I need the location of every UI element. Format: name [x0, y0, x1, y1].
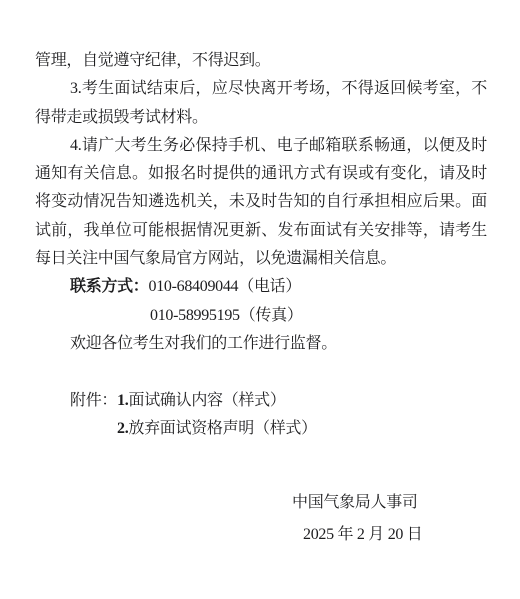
paragraph-2-last-line: 管理，自觉遵守纪律，不得迟到。	[35, 47, 487, 75]
supervision-line: 欢迎各位考生对我们的工作进行监督。	[35, 330, 487, 358]
attachment-2-title: 放弃面试资格声明（样式）	[128, 420, 316, 437]
paragraph-3-line-1: 3.考生面试结束后，应尽快离开考场，不得返回候考室，不	[35, 75, 487, 103]
attachments-line-1: 附件：1.面试确认内容（样式）	[35, 387, 487, 415]
paragraph-4-line-4: 试前，我单位可能根据情况更新、发布面试有关安排等，请考生	[35, 217, 487, 245]
contact-label: 联系方式：	[70, 278, 149, 295]
paragraph-4-line-5: 每日关注中国气象局官方网站，以免遗漏相关信息。	[35, 245, 487, 273]
attachments-label: 附件：	[70, 392, 117, 409]
paragraph-3-line-2: 得带走或损毁考试材料。	[35, 104, 487, 132]
attachments-line-2: 2.放弃面试资格声明（样式）	[35, 415, 487, 443]
attachment-2-number: 2.	[117, 420, 128, 437]
attachment-1-title: 面试确认内容（样式）	[129, 392, 286, 409]
contact-fax-line: 010-58995195（传真）	[35, 302, 487, 330]
blank-line	[35, 358, 487, 386]
contact-phone: 010-68409044（电话）	[149, 278, 302, 295]
signature-date: 2025 年 2 月 20 日	[35, 521, 487, 549]
paragraph-4-line-3: 将变动情况告知遴选机关，未及时告知的自行承担相应后果。面	[35, 188, 487, 216]
signature-organization: 中国气象局人事司	[35, 489, 487, 517]
contact-fax: 010-58995195（传真）	[150, 307, 303, 324]
paragraph-4-line-1: 4.请广大考生务必保持手机、电子邮箱联系畅通，以便及时	[35, 132, 487, 160]
contact-phone-line: 联系方式：010-68409044（电话）	[35, 273, 487, 301]
attachment-1-number: 1.	[117, 392, 128, 409]
paragraph-4-line-2: 通知有关信息。如报名时提供的通讯方式有误或有变化，请及时	[35, 160, 487, 188]
document-page: 管理，自觉遵守纪律，不得迟到。 3.考生面试结束后，应尽快离开考场，不得返回候考…	[0, 0, 520, 599]
